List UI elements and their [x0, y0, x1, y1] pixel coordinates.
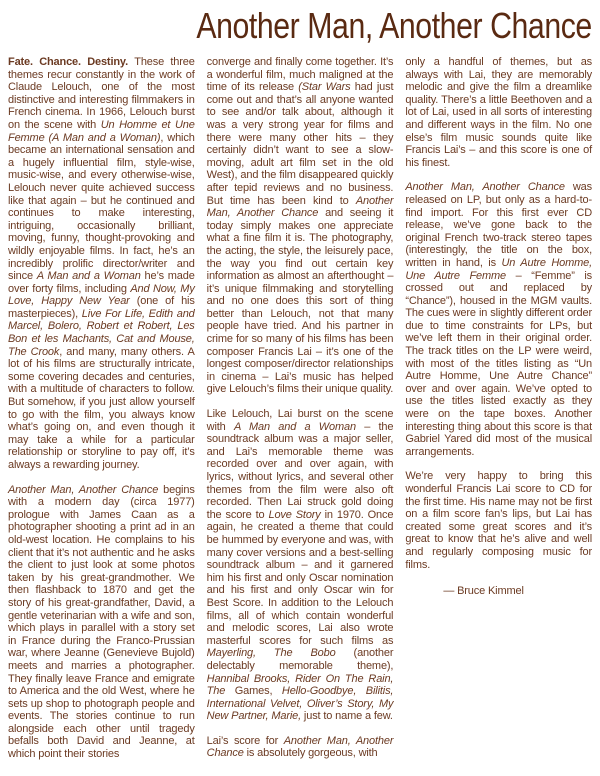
paragraph-plot: Another Man, Another Chance begins with …	[8, 484, 195, 761]
page-title-text: Another Man, Another Chance	[197, 6, 592, 46]
paragraph-score-intro: Lai’s score for Another Man, Another Cha…	[207, 735, 394, 760]
liner-notes-page: Another Man, Another Chance Fate. Chance…	[0, 0, 600, 776]
page-title: Another Man, Another Chance	[8, 6, 592, 46]
paragraph-lai-career: Like Lelouch, Lai burst on the scene wit…	[207, 408, 394, 723]
text-column-2: converge and finally come together. It’s…	[207, 56, 394, 772]
paragraph-release-notes: Another Man, Another Chance was released…	[405, 181, 592, 458]
text-columns: Fate. Chance. Destiny. These three theme…	[8, 56, 592, 773]
author-signature: — Bruce Kimmel	[405, 585, 592, 598]
text-column-3: only a handful of themes, but as always …	[405, 56, 592, 610]
paragraph-intro: Fate. Chance. Destiny. These three theme…	[8, 56, 195, 472]
text-column-1: Fate. Chance. Destiny. These three theme…	[8, 56, 195, 773]
paragraph-film-reception: converge and finally come together. It’s…	[207, 56, 394, 396]
paragraph-closing: We’re very happy to bring this wonderful…	[405, 470, 592, 571]
paragraph-score-quality: only a handful of themes, but as always …	[405, 56, 592, 169]
